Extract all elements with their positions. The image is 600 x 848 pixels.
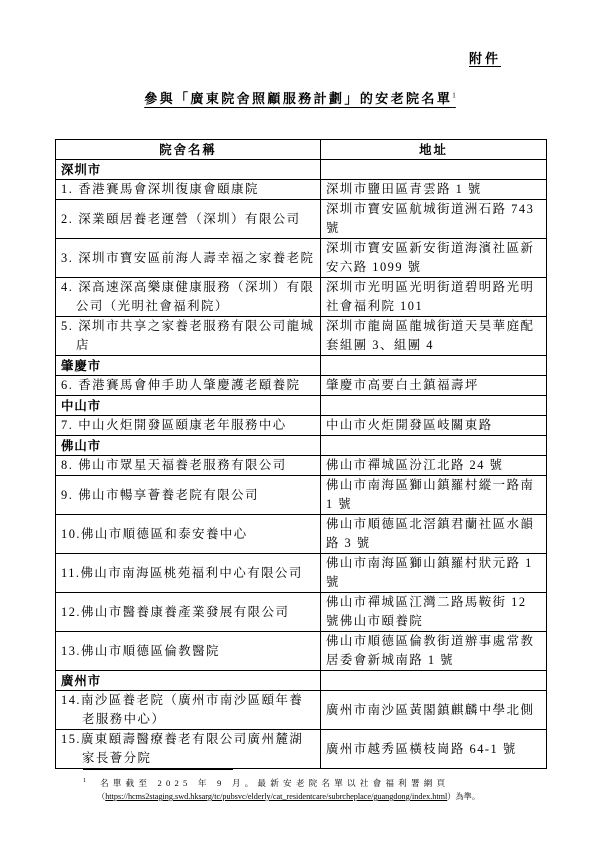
home-address: 佛山市禪城區汾江北路 24 號 — [321, 456, 547, 476]
swd-website-link[interactable]: https://hcms2staging.swd.hksarg/tc/pubsv… — [105, 792, 447, 801]
home-address: 佛山市順德區北滘鎮君蘭社區水韻路 3 號 — [321, 515, 547, 554]
home-address: 廣州市越秀區橫枝崗路 64-1 號 — [321, 730, 547, 769]
region-row: 佛山市 — [56, 436, 547, 456]
home-name-cell: 15.廣東頤壽醫療養老有限公司廣州麓湖家長薈分院 — [56, 730, 321, 769]
footnote-divider — [83, 769, 233, 770]
home-name: 深業頤居養老運營（深圳）有限公司 — [78, 212, 300, 226]
home-name-cell: 12.佛山市醫養康養產業發展有限公司 — [56, 593, 321, 632]
row-number: 3. — [61, 251, 73, 265]
header-home-name: 院舍名稱 — [56, 140, 321, 160]
row-number: 14. — [61, 693, 81, 707]
footnote-line-2: （https://hcms2staging.swd.hksarg/tc/pubs… — [97, 791, 480, 802]
table-row: 2.深業頤居養老運營（深圳）有限公司深圳市寶安區航城街道洲石路 743 號 — [56, 200, 547, 239]
home-address: 深圳市寶安區航城街道洲石路 743 號 — [321, 200, 547, 239]
document-title: 參與「廣東院舍照顧服務計劃」的安老院名單1 — [0, 88, 600, 107]
table-row: 9.佛山市暢享薈養老院有限公司佛山市南海區獅山鎮羅村縱一路南 1 號 — [56, 476, 547, 515]
region-address-blank — [321, 436, 547, 456]
home-name: 中山火炬開發區頤康老年服務中心 — [78, 418, 286, 432]
region-row: 中山市 — [56, 396, 547, 416]
home-name: 深高速深高樂康健康服務（深圳）有限公司（光明社會福利院） — [76, 280, 314, 313]
row-number: 2. — [61, 212, 73, 226]
region-name: 中山市 — [56, 396, 321, 416]
region-name: 佛山市 — [56, 436, 321, 456]
home-name: 佛山市眾星天福養老服務有限公司 — [78, 458, 286, 472]
home-name-cell: 10.佛山市順德區和泰安養中心 — [56, 515, 321, 554]
row-number: 9. — [61, 488, 73, 502]
title-footnote-ref[interactable]: 1 — [452, 92, 456, 100]
title-text: 參與「廣東院舍照顧服務計劃」的安老院名單 — [144, 92, 452, 107]
home-address: 深圳市鹽田區青雲路 1 號 — [321, 180, 547, 200]
home-name: 佛山市順德區和泰安養中心 — [81, 527, 248, 541]
home-address: 深圳市光明區光明街道碧明路光明社會福利院 101 — [321, 278, 547, 317]
home-name-cell: 8.佛山市眾星天福養老服務有限公司 — [56, 456, 321, 476]
region-row: 深圳市 — [56, 160, 547, 180]
home-address: 佛山市順德區倫教街道辦事處常教居委會新城南路 1 號 — [321, 632, 547, 671]
home-name: 佛山市順德區倫教醫院 — [81, 644, 220, 658]
home-address: 深圳市寶安區新安街道海濱社區新安六路 1099 號 — [321, 239, 547, 278]
row-number: 13. — [61, 644, 81, 658]
region-row: 肇慶市 — [56, 356, 547, 376]
footnote-text: 名單截至 2025 年 9 月。最新安老院名單以社會福利署網頁 — [100, 778, 449, 788]
table-row: 15.廣東頤壽醫療養老有限公司廣州麓湖家長薈分院廣州市越秀區橫枝崗路 64-1 … — [56, 730, 547, 769]
home-name-cell: 7.中山火炬開發區頤康老年服務中心 — [56, 416, 321, 436]
home-name-cell: 6.香港賽馬會伸手助人肇慶護老頤養院 — [56, 376, 321, 396]
row-number: 6. — [61, 378, 73, 392]
header-address: 地址 — [321, 140, 547, 160]
table-row: 13.佛山市順德區倫教醫院佛山市順德區倫教街道辦事處常教居委會新城南路 1 號 — [56, 632, 547, 671]
row-number: 1. — [61, 182, 73, 196]
home-address: 佛山市南海區獅山鎮羅村縱一路南 1 號 — [321, 476, 547, 515]
home-name: 香港賽馬會深圳復康會頤康院 — [78, 182, 259, 196]
home-name-cell: 13.佛山市順德區倫教醫院 — [56, 632, 321, 671]
home-address: 廣州市南沙區黃閣鎮麒麟中學北側 — [321, 691, 547, 730]
row-number: 4. — [61, 280, 73, 294]
table-row: 6.香港賽馬會伸手助人肇慶護老頤養院肇慶市高要白土鎮福壽坪 — [56, 376, 547, 396]
table-row: 1.香港賽馬會深圳復康會頤康院深圳市鹽田區青雲路 1 號 — [56, 180, 547, 200]
footnote-marker: 1 — [83, 778, 86, 784]
home-address: 佛山市南海區獅山鎮羅村狀元路 1 號 — [321, 554, 547, 593]
region-name: 廣州市 — [56, 671, 321, 691]
table-row: 3.深圳市寶安區前海人壽幸福之家養老院深圳市寶安區新安街道海濱社區新安六路 10… — [56, 239, 547, 278]
home-name: 廣東頤壽醫療養老有限公司廣州麓湖家長薈分院 — [81, 732, 303, 765]
home-name-cell: 2.深業頤居養老運營（深圳）有限公司 — [56, 200, 321, 239]
home-name: 南沙區養老院（廣州市南沙區頤年養老服務中心） — [81, 693, 303, 726]
home-name-cell: 14.南沙區養老院（廣州市南沙區頤年養老服務中心） — [56, 691, 321, 730]
home-name-cell: 1.香港賽馬會深圳復康會頤康院 — [56, 180, 321, 200]
footnote-open-paren: （ — [97, 792, 105, 801]
table-row: 8.佛山市眾星天福養老服務有限公司佛山市禪城區汾江北路 24 號 — [56, 456, 547, 476]
home-address: 肇慶市高要白土鎮福壽坪 — [321, 376, 547, 396]
region-address-blank — [321, 671, 547, 691]
home-name: 香港賽馬會伸手助人肇慶護老頤養院 — [78, 378, 300, 392]
home-address: 深圳市龍崗區龍城街道天昊華庭配套組團 3、組團 4 — [321, 317, 547, 356]
annex-label: 附件 — [469, 48, 501, 67]
table-row: 4.深高速深高樂康健康服務（深圳）有限公司（光明社會福利院）深圳市光明區光明街道… — [56, 278, 547, 317]
row-number: 7. — [61, 418, 73, 432]
row-number: 10. — [61, 527, 81, 541]
home-name: 深圳市寶安區前海人壽幸福之家養老院 — [78, 251, 314, 265]
table-header-row: 院舍名稱 地址 — [56, 140, 547, 160]
region-address-blank — [321, 356, 547, 376]
table-row: 10.佛山市順德區和泰安養中心佛山市順德區北滘鎮君蘭社區水韻路 3 號 — [56, 515, 547, 554]
home-name: 佛山市暢享薈養老院有限公司 — [78, 488, 259, 502]
row-number: 8. — [61, 458, 73, 472]
row-number: 15. — [61, 732, 81, 746]
region-name: 深圳市 — [56, 160, 321, 180]
table-row: 12.佛山市醫養康養產業發展有限公司佛山市禪城區江灣二路馬鞍街 12 號佛山市頤… — [56, 593, 547, 632]
home-name-cell: 11.佛山市南海區桃苑福利中心有限公司 — [56, 554, 321, 593]
home-name: 深圳市共享之家養老服務有限公司龍城店 — [76, 319, 314, 352]
table-row: 14.南沙區養老院（廣州市南沙區頤年養老服務中心）廣州市南沙區黃閣鎮麒麟中學北側 — [56, 691, 547, 730]
table-row: 5.深圳市共享之家養老服務有限公司龍城店深圳市龍崗區龍城街道天昊華庭配套組團 3… — [56, 317, 547, 356]
elderly-home-table: 院舍名稱 地址 深圳市1.香港賽馬會深圳復康會頤康院深圳市鹽田區青雲路 1 號2… — [55, 139, 547, 769]
row-number: 12. — [61, 605, 81, 619]
row-number: 11. — [61, 566, 81, 580]
home-name-cell: 4.深高速深高樂康健康服務（深圳）有限公司（光明社會福利院） — [56, 278, 321, 317]
footnote-line-1: 1名單截至 2025 年 9 月。最新安老院名單以社會福利署網頁 — [83, 777, 563, 789]
row-number: 5. — [61, 319, 73, 333]
home-name-cell: 3.深圳市寶安區前海人壽幸福之家養老院 — [56, 239, 321, 278]
home-address: 佛山市禪城區江灣二路馬鞍街 12 號佛山市頤養院 — [321, 593, 547, 632]
home-name: 佛山市南海區桃苑福利中心有限公司 — [81, 566, 303, 580]
region-address-blank — [321, 160, 547, 180]
footnote-close-text: ）為準。 — [447, 792, 480, 801]
home-name-cell: 5.深圳市共享之家養老服務有限公司龍城店 — [56, 317, 321, 356]
home-address: 中山市火炬開發區岐關東路 — [321, 416, 547, 436]
region-address-blank — [321, 396, 547, 416]
region-row: 廣州市 — [56, 671, 547, 691]
table-row: 7.中山火炬開發區頤康老年服務中心中山市火炬開發區岐關東路 — [56, 416, 547, 436]
home-name-cell: 9.佛山市暢享薈養老院有限公司 — [56, 476, 321, 515]
home-name: 佛山市醫養康養產業發展有限公司 — [81, 605, 289, 619]
table-row: 11.佛山市南海區桃苑福利中心有限公司佛山市南海區獅山鎮羅村狀元路 1 號 — [56, 554, 547, 593]
region-name: 肇慶市 — [56, 356, 321, 376]
